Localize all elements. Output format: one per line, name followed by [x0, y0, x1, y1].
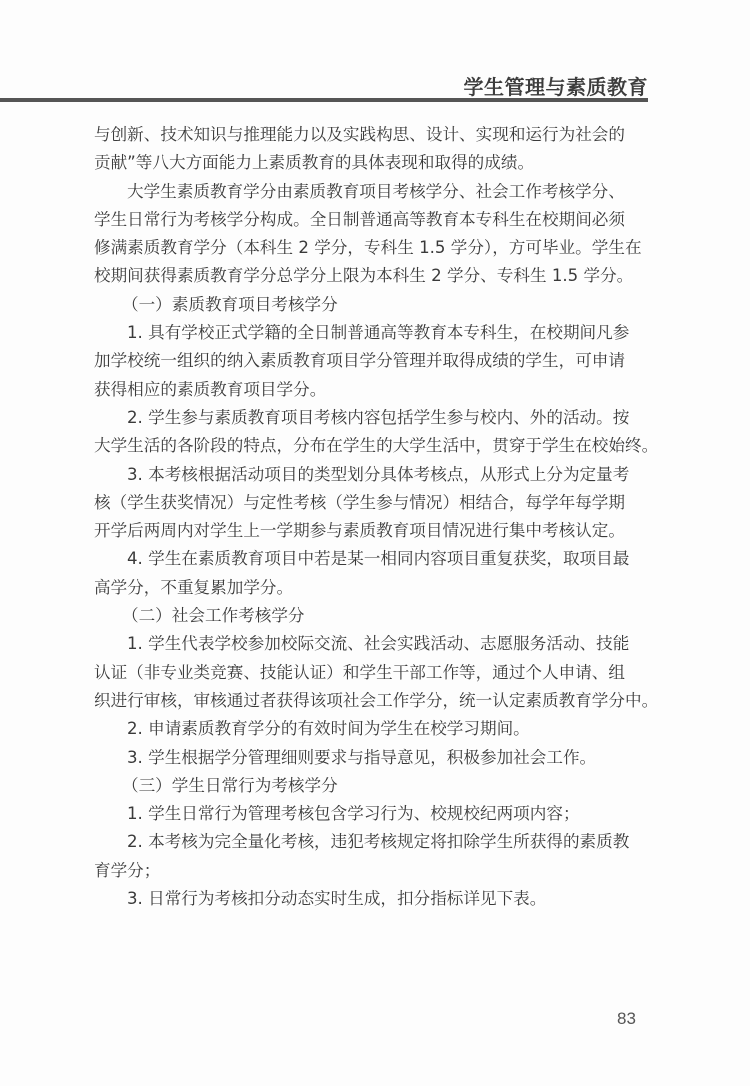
section-heading: （二）社会工作考核学分 [94, 602, 654, 630]
section-heading: （三）学生日常行为考核学分 [94, 772, 654, 800]
text-line: 校期间获得素质教育学分总学分上限为本科生 2 学分、专科生 1.5 学分。 [94, 262, 654, 290]
text-line: 3. 本考核根据活动项目的类型划分具体考核点，从形式上分为定量考 [94, 461, 654, 489]
text-line: 1. 学生日常行为管理考核包含学习行为、校规校纪两项内容； [94, 800, 654, 828]
section-heading: （一）素质教育项目考核学分 [94, 291, 654, 319]
text-line: 认证（非专业类竞赛、技能认证）和学生干部工作等，通过个人申请、组 [94, 659, 654, 687]
body-text: 与创新、技术知识与推理能力以及实践构思、设计、实现和运行为社会的贡献”等八大方面… [94, 121, 654, 913]
text-line: 与创新、技术知识与推理能力以及实践构思、设计、实现和运行为社会的 [94, 121, 654, 149]
text-line: 4. 学生在素质教育项目中若是某一相同内容项目重复获奖，取项目最 [94, 545, 654, 573]
text-line: 贡献”等八大方面能力上素质教育的具体表现和取得的成绩。 [94, 149, 654, 177]
text-line: 大学生素质教育学分由素质教育项目考核学分、社会工作考核学分、 [94, 178, 654, 206]
text-line: 大学生活的各阶段的特点，分布在学生的大学生活中，贯穿于学生在校始终。 [94, 432, 654, 460]
text-line: 2. 学生参与素质教育项目考核内容包括学生参与校内、外的活动。按 [94, 404, 654, 432]
text-line: 3. 学生根据学分管理细则要求与指导意见，积极参加社会工作。 [94, 744, 654, 772]
running-header-title: 学生管理与素质教育 [464, 71, 649, 100]
header-rule [0, 98, 648, 102]
text-line: 核（学生获奖情况）与定性考核（学生参与情况）相结合，每学年每学期 [94, 489, 654, 517]
text-line: 3. 日常行为考核扣分动态实时生成，扣分指标详见下表。 [94, 885, 654, 913]
text-line: 加学校统一组织的纳入素质教育项目学分管理并取得成绩的学生，可申请 [94, 347, 654, 375]
text-line: 学生日常行为考核学分构成。全日制普通高等教育本专科生在校期间必须 [94, 206, 654, 234]
text-line: 高学分，不重复累加学分。 [94, 574, 654, 602]
page-number: 83 [617, 1009, 636, 1029]
text-line: 修满素质教育学分（本科生 2 学分，专科生 1.5 学分），方可毕业。学生在 [94, 234, 654, 262]
text-line: 获得相应的素质教育项目学分。 [94, 376, 654, 404]
text-line: 开学后两周内对学生上一学期参与素质教育项目情况进行集中考核认定。 [94, 517, 654, 545]
text-line: 2. 本考核为完全量化考核，违犯考核规定将扣除学生所获得的素质教 [94, 828, 654, 856]
text-line: 育学分； [94, 857, 654, 885]
text-line: 织进行审核，审核通过者获得该项社会工作学分，统一认定素质教育学分中。 [94, 687, 654, 715]
text-line: 1. 学生代表学校参加校际交流、社会实践活动、志愿服务活动、技能 [94, 630, 654, 658]
text-line: 2. 申请素质教育学分的有效时间为学生在校学习期间。 [94, 715, 654, 743]
text-line: 1. 具有学校正式学籍的全日制普通高等教育本专科生，在校期间凡参 [94, 319, 654, 347]
